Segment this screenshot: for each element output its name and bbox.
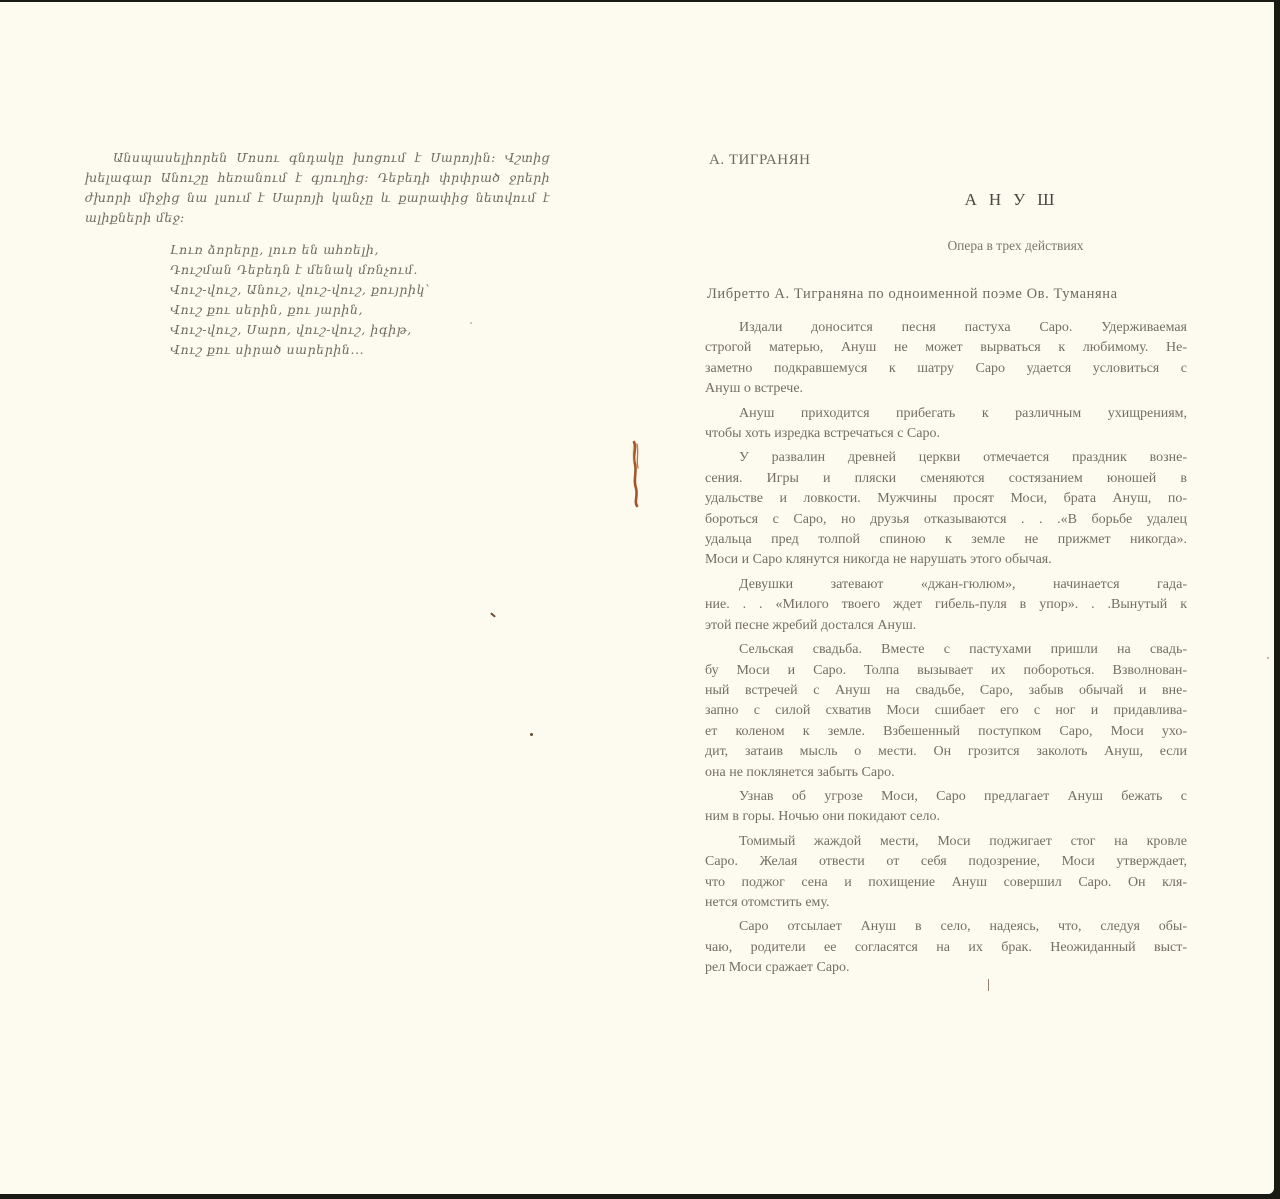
poem-line: Վուշ-վուշ, Անուշ, վուշ-վուշ, քույրիկ՝	[170, 280, 430, 300]
synopsis-line: запно с силой схватив Моси сшибает его с…	[705, 701, 1187, 721]
synopsis-paragraph: Томимый жаждой мести, Моси поджигает сто…	[705, 832, 1187, 914]
synopsis-line: рел Моси сражает Саро.	[705, 958, 1187, 978]
synopsis-paragraph: Девушки затевают «джан-гюлюм», начинаетс…	[705, 575, 1187, 636]
poem-line: Լուռ ձորերը, լուռ են ահռելի,	[170, 240, 430, 260]
synopsis-line: Ануш о встрече.	[705, 379, 1187, 399]
synopsis-paragraph: Узнав об угрозе Моси, Саро предлагает Ан…	[705, 787, 1187, 828]
paper-speck	[490, 612, 496, 617]
author-name: А. ТИГРАНЯН	[709, 152, 810, 169]
armenian-prose-line: Անսպասելիորեն Մոսու գնդակը խոցում է Սարո…	[85, 148, 550, 168]
synopsis-line: Сельская свадьба. Вместе с пастухами при…	[705, 640, 1187, 660]
booklet-spread: Անսպասելիորեն Մոսու գնդակը խոցում է Սարո…	[0, 2, 1274, 1194]
paper-speck	[530, 733, 533, 736]
synopsis-paragraph: Издали доносится песня пастуха Саро. Уде…	[705, 318, 1187, 400]
right-page: А. ТИГРАНЯН АНУШ Опера в трех действиях …	[637, 2, 1274, 1194]
poem-line: Վուշ-վուշ, Սարո, վուշ-վուշ, իգիթ,	[170, 320, 430, 340]
synopsis-line: нется отомстить ему.	[705, 893, 1187, 913]
synopsis-line: чаю, родители ее согласятся на их брак. …	[705, 938, 1187, 958]
poem-line: Դուշման Դեբեդն է մենակ մռնչում.	[170, 260, 430, 280]
armenian-prose-line: ալիքների մեջ։	[85, 208, 550, 228]
synopsis-paragraph: Саро отсылает Ануш в село, надеясь, что,…	[705, 917, 1187, 978]
synopsis-line: ние. . . «Милого твоего ждет гибель-пуля…	[705, 595, 1187, 615]
paper-speck	[470, 322, 472, 324]
poem-line: Վուշ քու սիրած սարերին...	[170, 340, 430, 360]
synopsis-line: она не поклянется забыть Саро.	[705, 763, 1187, 783]
armenian-poem-verse: Լուռ ձորերը, լուռ են ահռելի, Դուշման Դեբ…	[170, 240, 430, 360]
synopsis-line: строгой матерью, Ануш не может вырваться…	[705, 338, 1187, 358]
synopsis-line: У развалин древней церкви отмечается пра…	[705, 448, 1187, 468]
libretto-credit: Либретто А. Тиграняна по одноименной поэ…	[707, 286, 1185, 303]
synopsis-line: чтобы хоть изредка встречаться с Саро.	[705, 424, 1187, 444]
synopsis-line: Томимый жаждой мести, Моси поджигает сто…	[705, 832, 1187, 852]
synopsis-text: Издали доносится песня пастуха Саро. Уде…	[705, 318, 1187, 983]
synopsis-line: Моси и Саро клянутся никогда не нарушать…	[705, 550, 1187, 570]
synopsis-paragraph: Ануш приходится прибегать к различным ух…	[705, 404, 1187, 445]
synopsis-line: удальца пред толпой спиною к земле не пр…	[705, 530, 1187, 550]
synopsis-line: ный встречей с Ануш на свадьбе, Саро, за…	[705, 681, 1187, 701]
opera-title: АНУШ	[637, 190, 1274, 210]
synopsis-line: сения. Игры и пляски сменяются состязани…	[705, 469, 1187, 489]
synopsis-line: Девушки затевают «джан-гюлюм», начинаетс…	[705, 575, 1187, 595]
synopsis-paragraph: У развалин древней церкви отмечается пра…	[705, 448, 1187, 570]
synopsis-line: Издали доносится песня пастуха Саро. Уде…	[705, 318, 1187, 338]
synopsis-line: бороться с Саро, но друзья отказываются …	[705, 510, 1187, 530]
synopsis-line: ет коленом к земле. Взбешенный поступком…	[705, 722, 1187, 742]
synopsis-line: удальстве и ловкости. Мужчины просят Мос…	[705, 489, 1187, 509]
armenian-prose-line: ժխորի միջից նա լսում է Սարոյի կանչը և քա…	[85, 188, 550, 208]
synopsis-paragraph: Сельская свадьба. Вместе с пастухами при…	[705, 640, 1187, 783]
synopsis-line: дит, затаив мысль о мести. Он грозится з…	[705, 742, 1187, 762]
armenian-synopsis-ending: Անսպասելիորեն Մոսու գնդակը խոցում է Սարո…	[85, 148, 550, 228]
opera-subtitle: Опера в трех действиях	[637, 238, 1274, 254]
synopsis-line: что поджог сена и похищение Ануш соверши…	[705, 873, 1187, 893]
synopsis-line: Саро. Желая отвести от себя подозрение, …	[705, 852, 1187, 872]
paper-speck	[1267, 657, 1269, 659]
synopsis-line: Ануш приходится прибегать к различным ух…	[705, 404, 1187, 424]
poem-line: Վուշ քու սերին, քու յարին,	[170, 300, 430, 320]
synopsis-line: Узнав об угрозе Моси, Саро предлагает Ан…	[705, 787, 1187, 807]
left-page: Անսպասելիորեն Մոսու գնդակը խոցում է Սարո…	[0, 2, 637, 1194]
synopsis-line: бу Моси и Саро. Толпа вызывает их поборо…	[705, 661, 1187, 681]
synopsis-line: ним в горы. Ночью они покидают село.	[705, 807, 1187, 827]
paper-speck	[988, 979, 989, 991]
synopsis-line: Саро отсылает Ануш в село, надеясь, что,…	[705, 917, 1187, 937]
synopsis-line: заметно подкравшемуся к шатру Саро удает…	[705, 359, 1187, 379]
synopsis-line: этой песне жребий достался Ануш.	[705, 616, 1187, 636]
armenian-prose-line: խելագար Անուշը հեռանում է գյուղից։ Դեբեդ…	[85, 168, 550, 188]
